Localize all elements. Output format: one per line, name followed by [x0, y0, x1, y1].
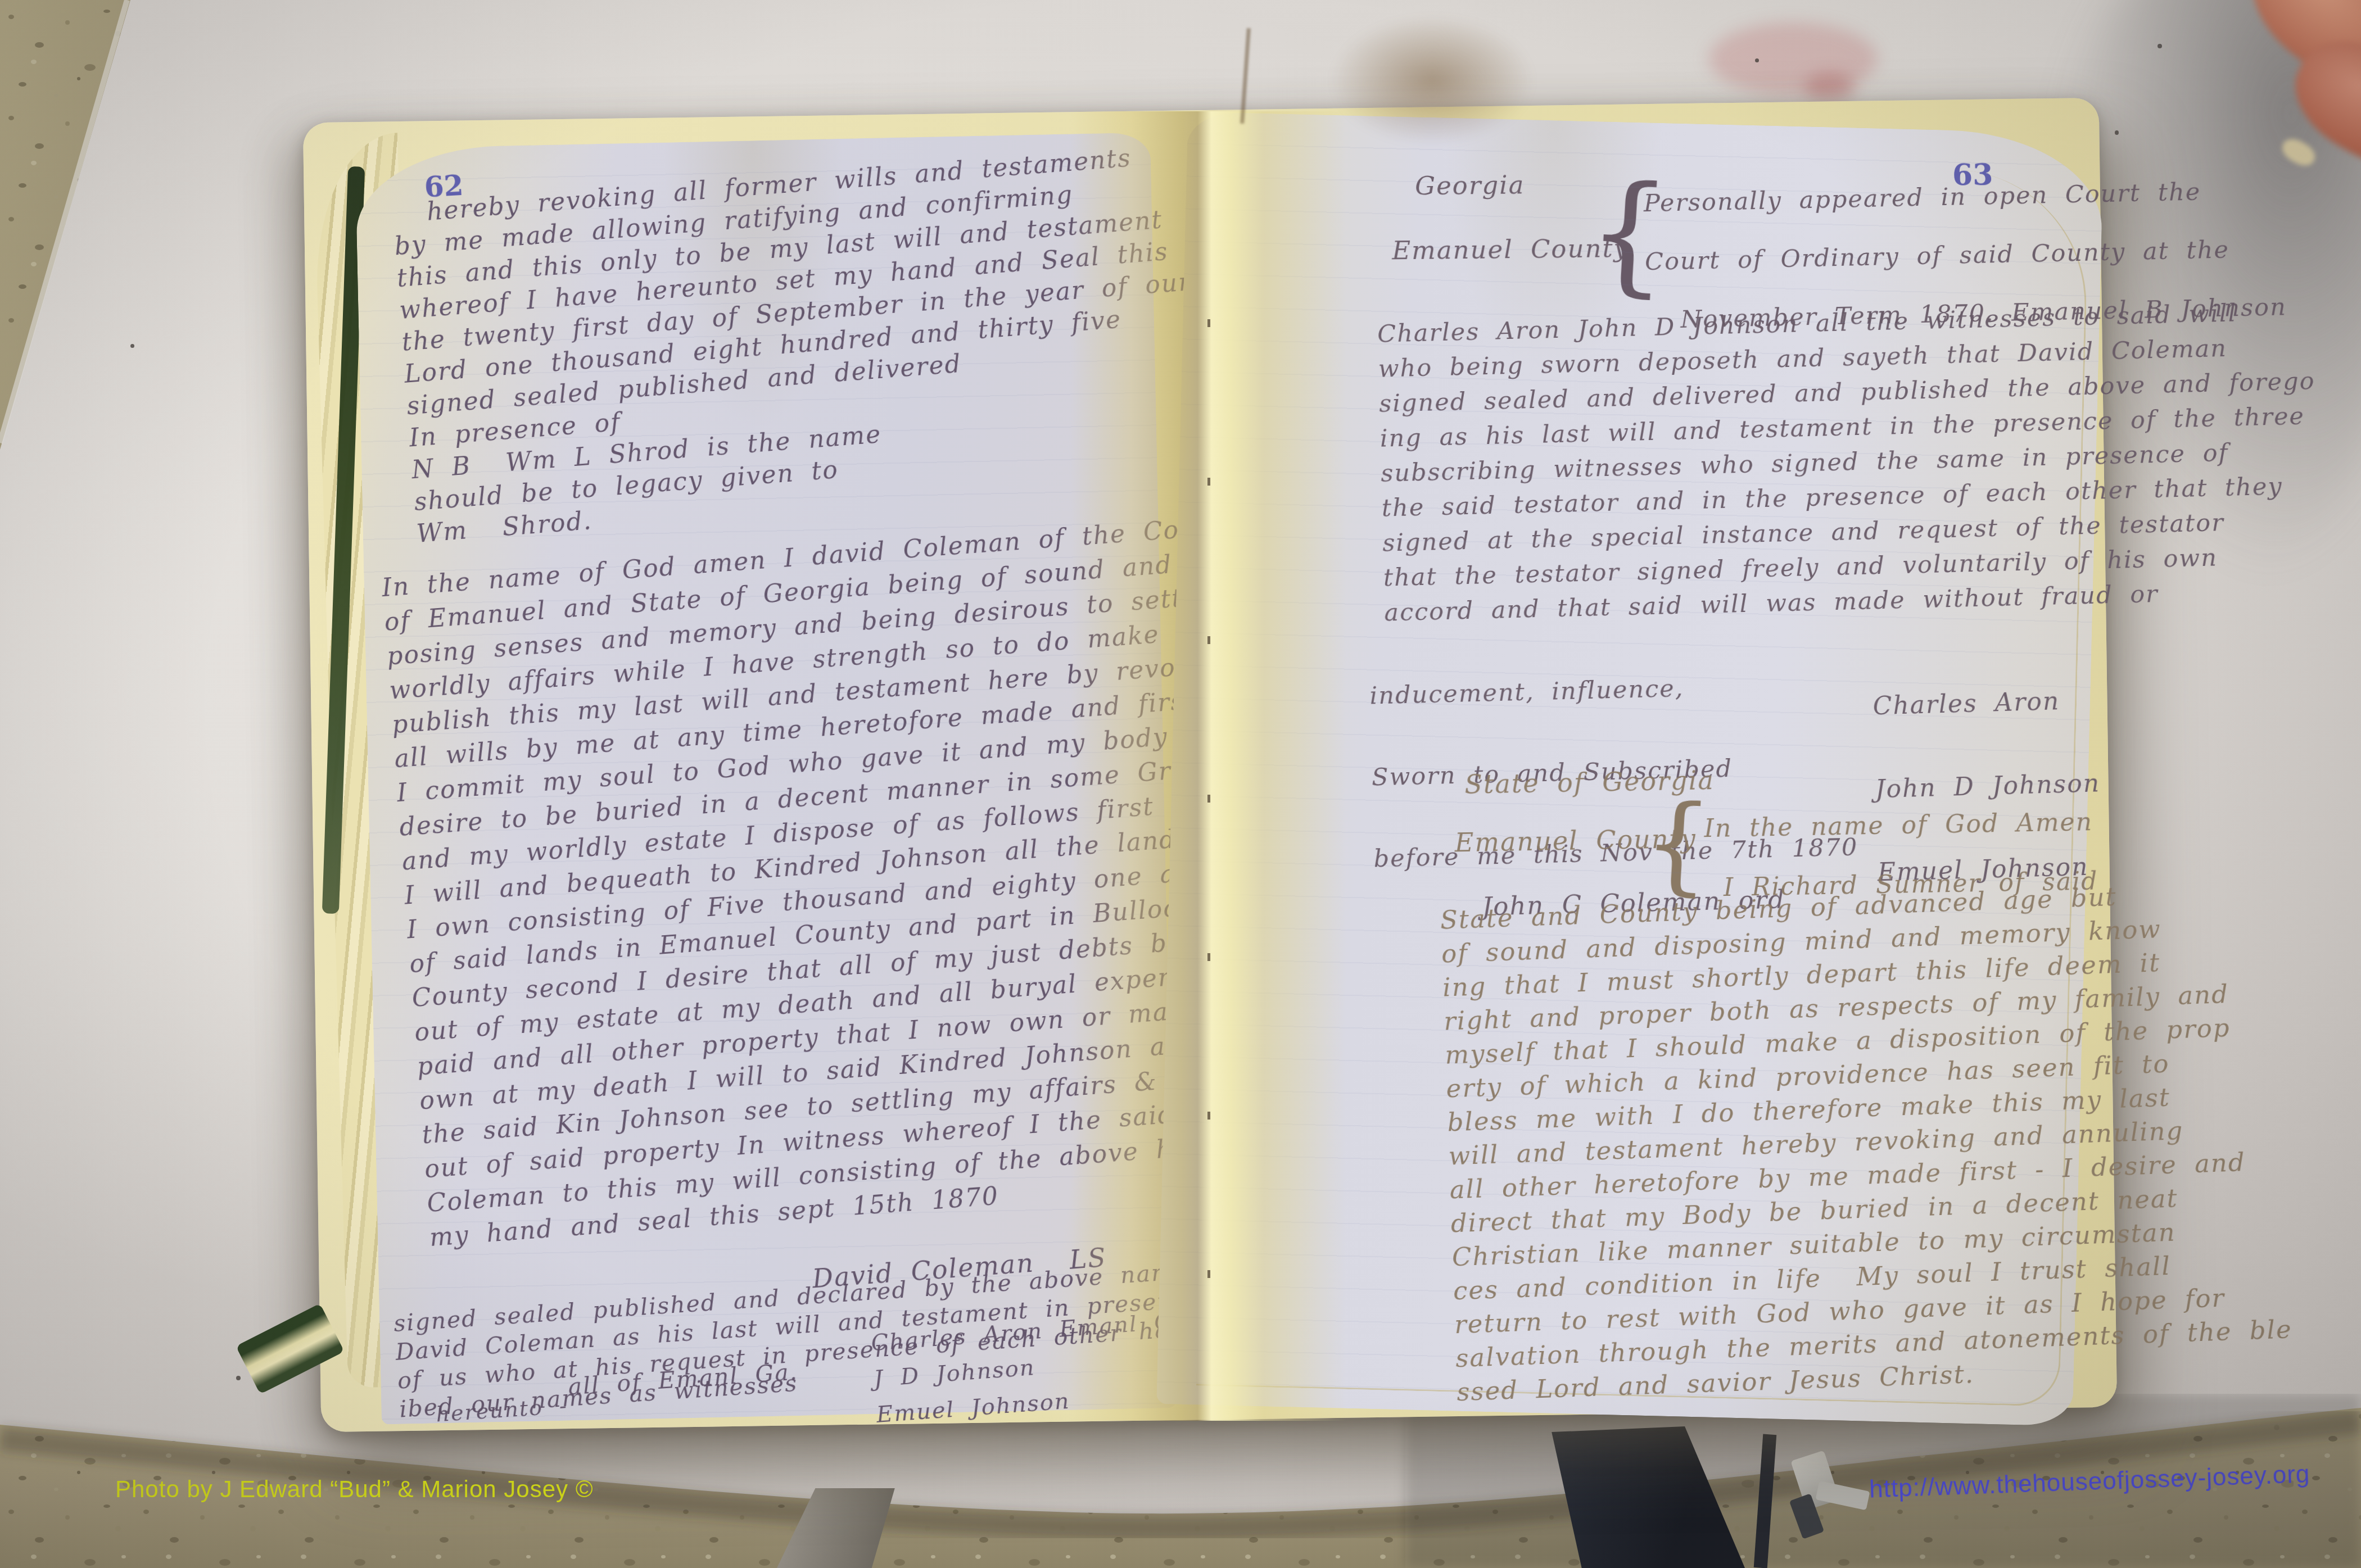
sumner-brace: { — [1640, 780, 1715, 908]
archival-will-book-photo: 62 hereby revoking all former wills and … — [0, 0, 2361, 1568]
pink-stain-small — [1804, 73, 1855, 101]
floor-top-left — [0, 0, 169, 472]
sumner-will-text: State and County being of advanced age b… — [1440, 874, 2294, 1409]
table-speck — [1755, 58, 1759, 62]
previous-will-closing-text: hereby revoking all former wills and tes… — [391, 138, 1207, 550]
left-page: 62 hereby revoking all former wills and … — [355, 132, 1177, 1424]
photo-credit-watermark: Photo by J Edward “Bud” & Marion Josey © — [115, 1476, 594, 1503]
probate-place: Georgia — [1415, 170, 1525, 201]
right-page: 63 Georgia Emanuel County { Personally a… — [1156, 111, 2104, 1426]
table-speck — [236, 1376, 241, 1380]
binding-stitches — [1207, 169, 1210, 1366]
probate-body-text: Charles Aron John D Johnson all the witn… — [1377, 294, 2321, 631]
aging-stain — [1331, 16, 1534, 145]
